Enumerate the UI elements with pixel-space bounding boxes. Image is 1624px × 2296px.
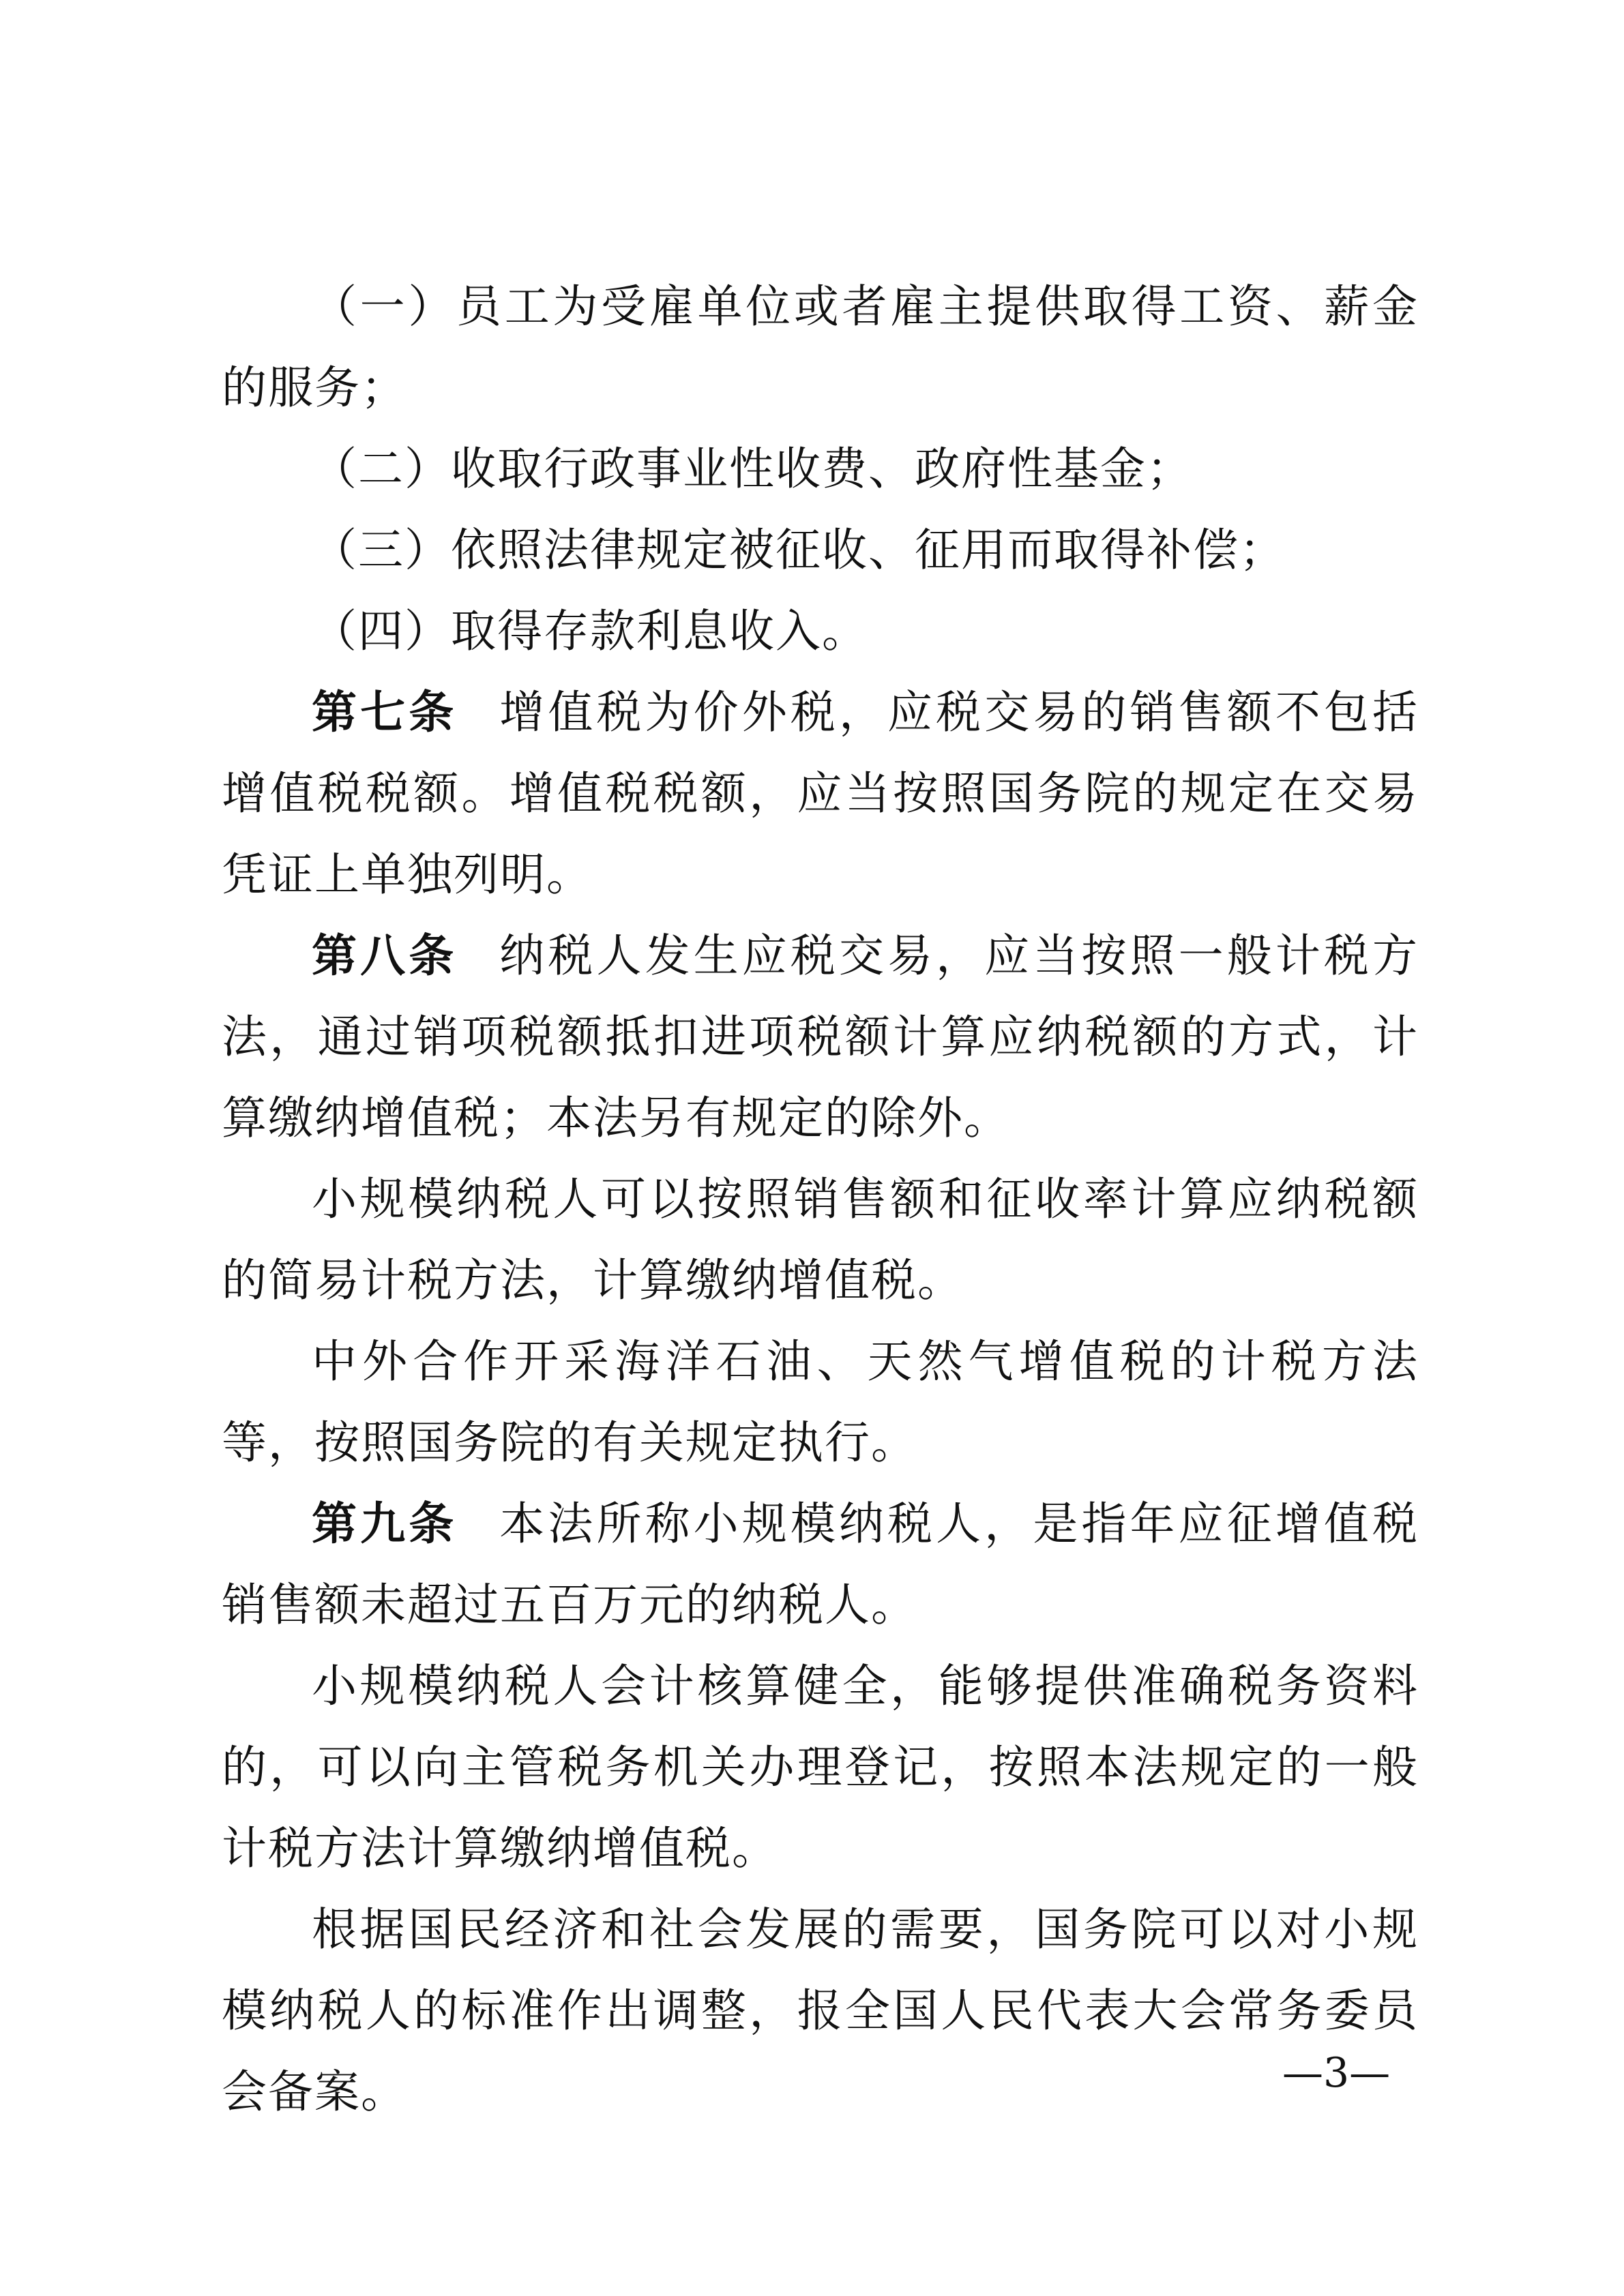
article-9: 第九条本法所称小规模纳税人，是指年应征增值税销售额未超过五百万元的纳税人。 [222,1483,1419,1645]
article-8-paragraph-3: 中外合作开采海洋石油、天然气增值税的计税方法等，按照国务院的有关规定执行。 [222,1321,1419,1483]
article-label: 第八条 [312,929,457,982]
paragraph-text: 中外合作开采海洋石油、天然气增值税的计税方法等，按照国务院的有关规定执行。 [222,1335,1419,1469]
list-item-2: （二）收取行政事业性收费、政府性基金； [222,428,1419,509]
list-item-text: （三）依照法律规定被征收、征用而取得补偿； [312,524,1286,576]
list-item-text: （四）取得存款利息收入。 [312,605,868,657]
article-label: 第九条 [312,1497,457,1550]
list-item-1: （一）员工为受雇单位或者雇主提供取得工资、薪金的服务； [222,266,1419,428]
document-page: （一）员工为受雇单位或者雇主提供取得工资、薪金的服务； （二）收取行政事业性收费… [222,266,1419,2132]
list-item-text: （二）收取行政事业性收费、政府性基金； [312,443,1193,495]
article-9-paragraph-2: 小规模纳税人会计核算健全，能够提供准确税务资料的，可以向主管税务机关办理登记，按… [222,1645,1419,1889]
article-8: 第八条纳税人发生应税交易，应当按照一般计税方法，通过销项税额抵扣进项税额计算应纳… [222,915,1419,1159]
list-item-3: （三）依照法律规定被征收、征用而取得补偿； [222,509,1419,591]
page-number: —3— [1282,2046,1390,2100]
list-item-text: （一）员工为受雇单位或者雇主提供取得工资、薪金的服务； [222,280,1419,414]
paragraph-text: 小规模纳税人可以按照销售额和征收率计算应纳税额的简易计税方法，计算缴纳增值税。 [222,1173,1419,1307]
article-9-paragraph-3: 根据国民经济和社会发展的需要，国务院可以对小规模纳税人的标准作出调整，报全国人民… [222,1889,1419,2132]
paragraph-text: 小规模纳税人会计核算健全，能够提供准确税务资料的，可以向主管税务机关办理登记，按… [222,1660,1419,1875]
article-7: 第七条增值税为价外税，应税交易的销售额不包括增值税税额。增值税税额，应当按照国务… [222,672,1419,915]
paragraph-text: 根据国民经济和社会发展的需要，国务院可以对小规模纳税人的标准作出调整，报全国人民… [222,1903,1419,2118]
list-item-4: （四）取得存款利息收入。 [222,591,1419,672]
article-label: 第七条 [312,686,457,739]
article-8-paragraph-2: 小规模纳税人可以按照销售额和征收率计算应纳税额的简易计税方法，计算缴纳增值税。 [222,1159,1419,1321]
